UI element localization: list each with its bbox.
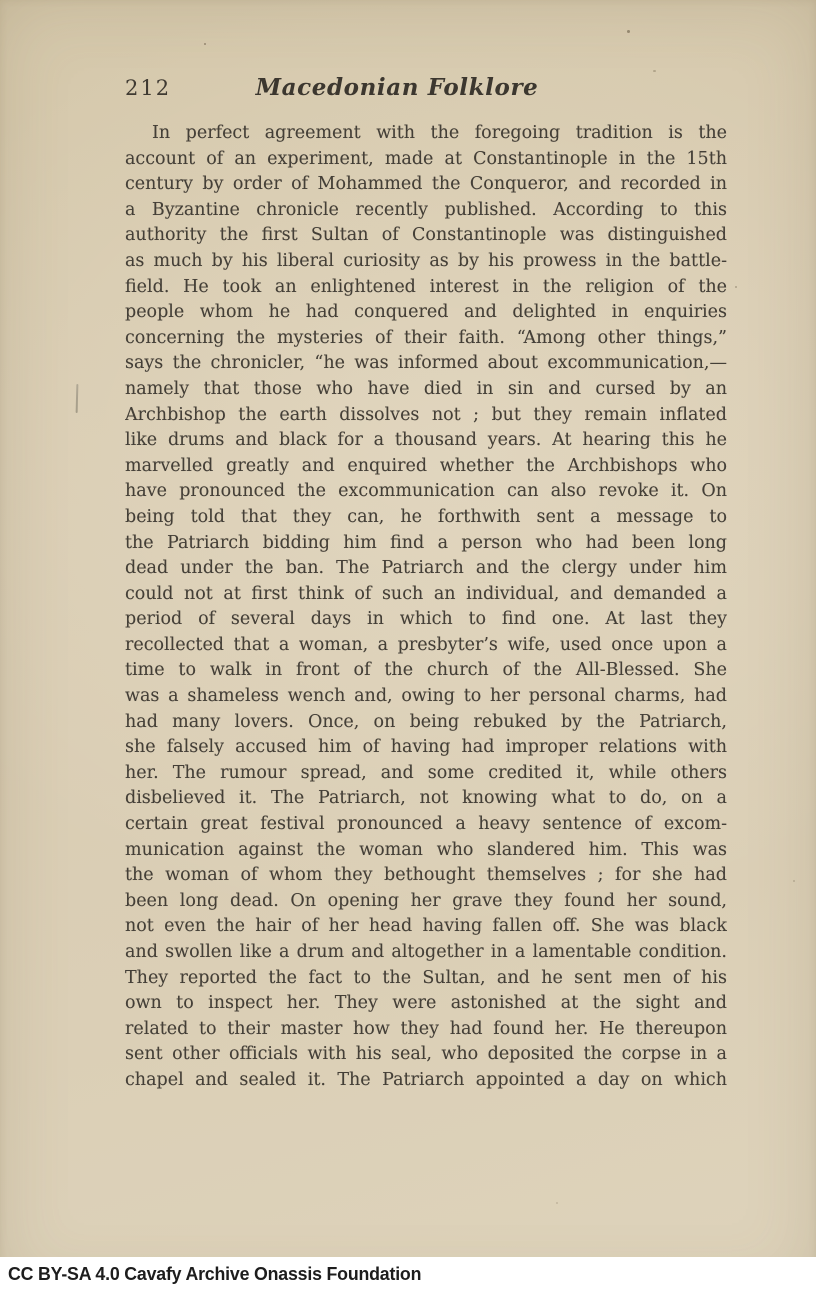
paper-speck [793, 880, 795, 882]
text-line: her. The rumour spread, and some credite… [125, 761, 727, 787]
text-line: sent other officials with his seal, who … [125, 1042, 727, 1068]
text-line: own to inspect her. They were astonished… [125, 991, 727, 1017]
running-head: 212 Macedonian Folklore [0, 74, 816, 106]
text-line: the Patriarch bidding him find a person … [125, 531, 727, 557]
text-line: marvelled greatly and enquired whether t… [125, 454, 727, 480]
scanned-book-page: 212 Macedonian Folklore In perfect agree… [0, 0, 816, 1293]
text-line: authority the first Sultan of Constantin… [125, 223, 727, 249]
text-line: In perfect agreement with the foregoing … [125, 121, 727, 147]
text-line: munication against the woman who slander… [125, 838, 727, 864]
text-line: disbelieved it. The Patriarch, not knowi… [125, 786, 727, 812]
page-body: In perfect agreement with the foregoing … [125, 121, 727, 1094]
text-line: account of an experiment, made at Consta… [125, 147, 727, 173]
text-line: was a shameless wench and, owing to her … [125, 684, 727, 710]
paper-speck [204, 43, 206, 45]
text-line: concerning the mysteries of their faith.… [125, 326, 727, 352]
text-line: time to walk in front of the church of t… [125, 658, 727, 684]
text-line: the woman of whom they bethought themsel… [125, 863, 727, 889]
text-line: been long dead. On opening her grave the… [125, 889, 727, 915]
text-line: field. He took an enlightened interest i… [125, 275, 727, 301]
text-line: a Byzantine chronicle recently published… [125, 198, 727, 224]
text-line: could not at first think of such an indi… [125, 582, 727, 608]
text-line: century by order of Mohammed the Conquer… [125, 172, 727, 198]
text-line: being told that they can, he forthwith s… [125, 505, 727, 531]
running-title: Macedonian Folklore [0, 74, 794, 101]
paper-speck [653, 70, 656, 72]
text-line: people whom he had conquered and delight… [125, 300, 727, 326]
text-line: Archbishop the earth dissolves not ; but… [125, 403, 727, 429]
text-line: dead under the ban. The Patriarch and th… [125, 556, 727, 582]
license-text: CC BY-SA 4.0 Cavafy Archive Onassis Foun… [8, 1257, 421, 1293]
paper-speck [735, 286, 737, 288]
text-line: not even the hair of her head having fal… [125, 914, 727, 940]
text-line: namely that those who have died in sin a… [125, 377, 727, 403]
text-line: she falsely accused him of having had im… [125, 735, 727, 761]
text-line: chapel and sealed it. The Patriarch appo… [125, 1068, 727, 1094]
text-line: They reported the fact to the Sultan, an… [125, 966, 727, 992]
text-line: had many lovers. Once, on being rebuked … [125, 710, 727, 736]
text-line: have pronounced the excommunication can … [125, 479, 727, 505]
text-line: related to their master how they had fou… [125, 1017, 727, 1043]
text-line: certain great festival pronounced a heav… [125, 812, 727, 838]
text-line: period of several days in which to find … [125, 607, 727, 633]
text-line: as much by his liberal curiosity as by h… [125, 249, 727, 275]
text-line: like drums and black for a thousand year… [125, 428, 727, 454]
margin-pencil-mark [76, 384, 79, 413]
text-line: and swollen like a drum and altogether i… [125, 940, 727, 966]
text-line: recollected that a woman, a presbyter’s … [125, 633, 727, 659]
text-line: says the chronicler, “he was informed ab… [125, 351, 727, 377]
paper-speck [556, 1202, 558, 1204]
license-bar: CC BY-SA 4.0 Cavafy Archive Onassis Foun… [0, 1257, 816, 1293]
paper-speck [627, 30, 630, 33]
